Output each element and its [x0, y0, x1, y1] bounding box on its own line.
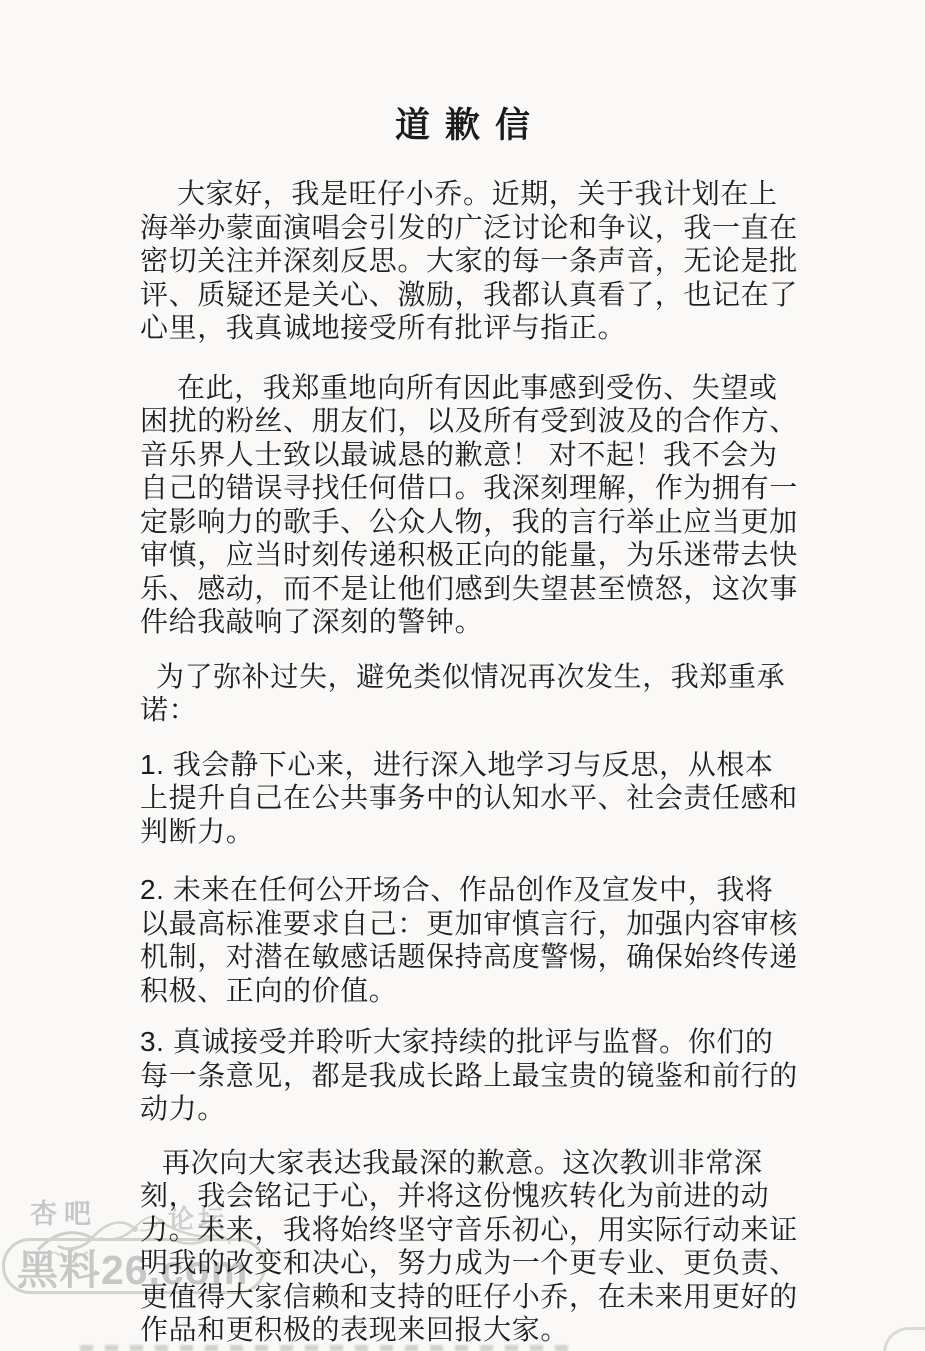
letter-title: 道歉信 [0, 0, 925, 148]
paragraph-promise-1: 1. 我会静下心来，进行深入地学习与反思，从根本 上提升自己在公共事务中的认知水… [140, 748, 820, 849]
paragraph-closing: 再次向大家表达我最深的歉意。这次教训非常深 刻，我会铭记于心，并将这份愧疚转化为… [140, 1146, 820, 1347]
letter-body: 大家好，我是旺仔小乔。近期，关于我计划在上 海举办蒙面演唱会引发的广泛讨论和争议… [0, 177, 925, 1347]
paragraph-promise-2: 2. 未来在任何公开场合、作品创作及宣发中，我将 以最高标准要求自己：更加审慎言… [140, 873, 820, 1007]
apology-letter-page: 杏吧 论坛 黑料26.com 道歉信 大家好，我是旺仔小乔。近期，关于我计划在上… [0, 0, 925, 1351]
paragraph-promise-intro: 为了弥补过失，避免类似情况再次发生，我郑重承 诺： [140, 660, 820, 727]
paragraph-apology: 在此，我郑重地向所有因此事感到受伤、失望或 困扰的粉丝、朋友们，以及所有受到波及… [140, 371, 820, 639]
paragraph-opening: 大家好，我是旺仔小乔。近期，关于我计划在上 海举办蒙面演唱会引发的广泛讨论和争议… [140, 177, 820, 345]
paragraph-promise-3: 3. 真诚接受并聆听大家持续的批评与监督。你们的 每一条意见，都是我成长路上最宝… [140, 1025, 820, 1126]
letter-content: 道歉信 大家好，我是旺仔小乔。近期，关于我计划在上 海举办蒙面演唱会引发的广泛讨… [0, 0, 925, 1347]
